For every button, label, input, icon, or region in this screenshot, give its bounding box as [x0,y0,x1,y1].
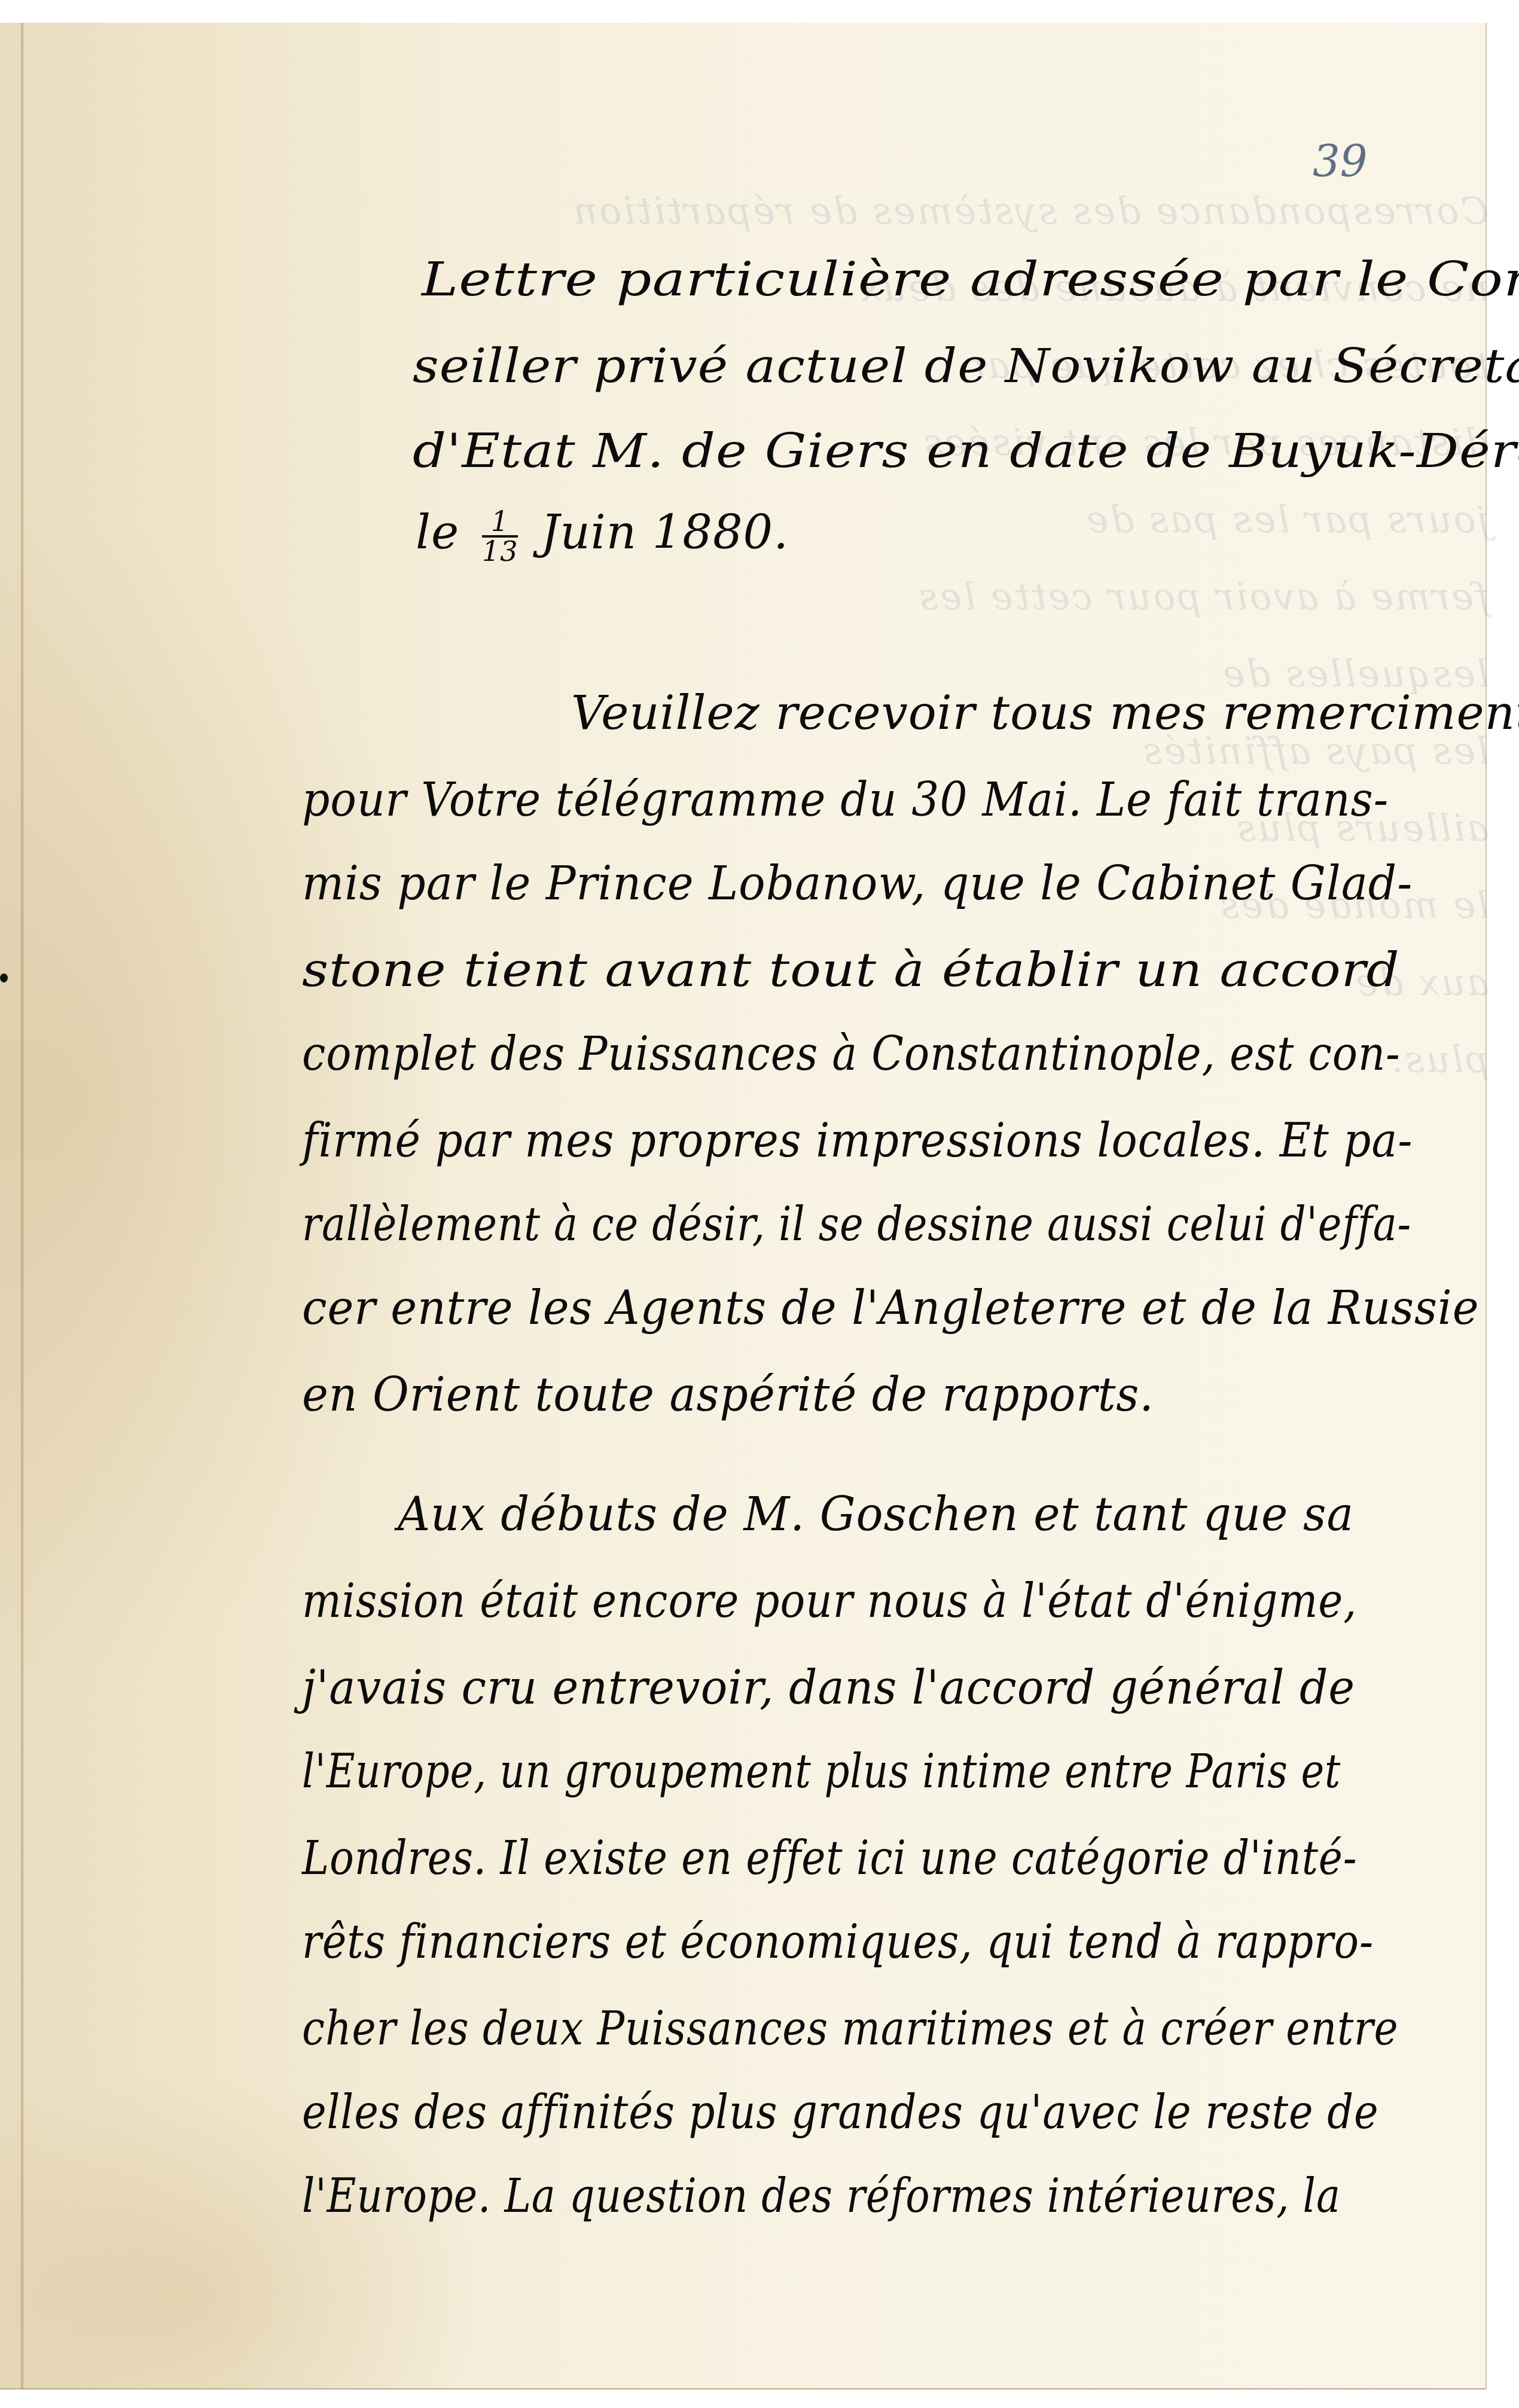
ink-blot [0,973,8,982]
date-fraction-denominator: 13 [482,538,518,565]
paragraph-2-line-1: Aux débuts de M. Goschen et tant que sa [398,1488,1354,1542]
paragraph-1-line-6: firmé par mes propres impressions locale… [302,1114,1413,1168]
date-fraction: 1 13 [482,508,518,565]
paragraph-1-line-4: stone tient avant tout à établir un acco… [302,944,1400,997]
paragraph-2-line-7: cher les deux Puissances maritimes et à … [302,2002,1398,2056]
heading-line-1: Lettre particulière adressée par le Con- [422,253,1519,307]
paragraph-1-line-9: en Orient toute aspérité de rapports. [302,1368,1154,1422]
heading-line-2: seiller privé actuel de Novikow au Sécre… [413,340,1519,393]
heading-line-3: d'Etat M. de Giers en date de Buyuk-Déré [413,425,1519,478]
paragraph-2-line-2: mission était encore pour nous à l'état … [302,1574,1357,1628]
paragraph-2-line-6: rêts financiers et économiques, qui tend… [302,1915,1374,1969]
paper-fold-line [20,23,24,2389]
paragraph-2-line-8: elles des affinités plus grandes qu'avec… [302,2086,1379,2140]
paragraph-1-line-2: pour Votre télégramme du 30 Mai. Le fait… [302,773,1389,827]
folio-number: 39 [1313,136,1368,187]
date-prefix: le [416,506,459,560]
paragraph-2-line-3: j'avais cru entrevoir, dans l'accord gén… [302,1661,1355,1715]
paragraph-1-line-7: rallèlement à ce désir, il se dessine au… [302,1198,1411,1252]
date-fraction-numerator: 1 [482,508,518,538]
paragraph-1-line-8: cer entre les Agents de l'Angleterre et … [302,1281,1480,1335]
paragraph-1-line-3: mis par le Prince Lobanow, que le Cabine… [302,857,1413,911]
manuscript-page: Correspondance des systèmes de répartiti… [0,23,1487,2389]
paragraph-2-line-9: l'Europe. La question des réformes intér… [302,2169,1341,2223]
paragraph-1-line-1: Veuillez recevoir tous mes remerciments [571,686,1519,740]
paragraph-2-line-4: l'Europe, un groupement plus intime entr… [302,1745,1341,1799]
heading-date: le 1 13 Juin 1880. [416,506,789,565]
paragraph-1-line-5: complet des Puissances à Constantinople,… [302,1027,1401,1081]
paragraph-2-line-5: Londres. Il existe en effet ici une caté… [302,1832,1358,1885]
date-suffix: Juin 1880. [541,506,789,560]
